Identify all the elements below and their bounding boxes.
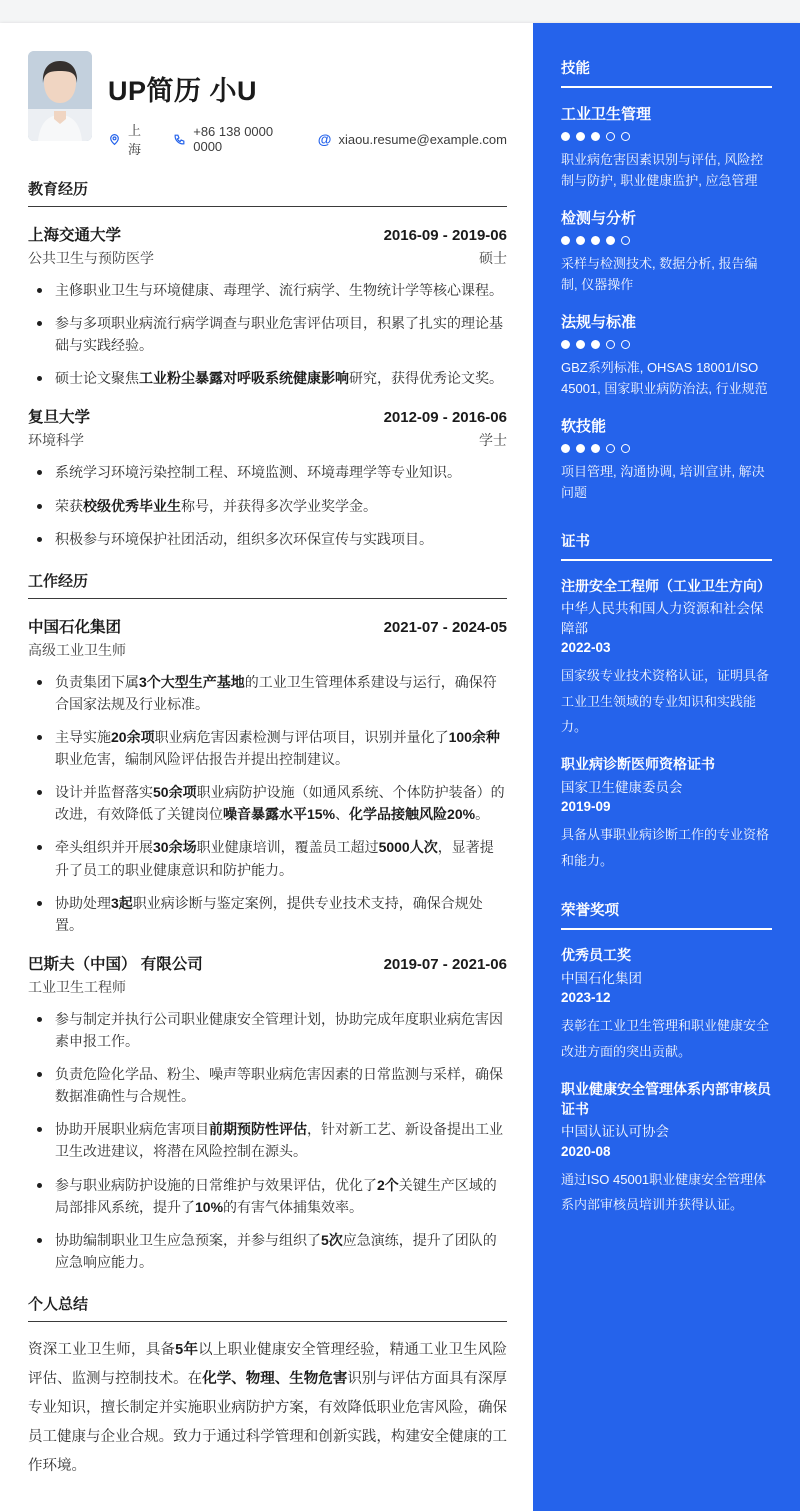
certificate-name: 职业病诊断医师资格证书: [561, 755, 772, 775]
work-item: 中国石化集团 2021-07 - 2024-05 高级工业卫生师 负责集团下属3…: [28, 615, 507, 936]
skill-name: 检测与分析: [561, 207, 772, 228]
work-date: 2019-07 - 2021-06: [384, 956, 507, 973]
skill-name: 工业卫生管理: [561, 103, 772, 124]
skill-description: 职业病危害因素识别与评估, 风险控制与防护, 职业健康监护, 应急管理: [561, 149, 772, 192]
identity-block: UP简历 小U 上海 +86 138 0000 0000 @ xi: [108, 51, 507, 158]
school-name: 复旦大学: [28, 405, 90, 427]
bullet-item: 荣获校级优秀毕业生称号，并获得多次学业奖学金。: [28, 495, 507, 517]
bullet-item: 积极参与环境保护社团活动，组织多次环保宣传与实践项目。: [28, 528, 507, 550]
major: 环境科学: [28, 430, 84, 450]
company-name: 中国石化集团: [28, 615, 121, 637]
degree: 学士: [479, 430, 507, 450]
certificate-name: 注册安全工程师（工业卫生方向）: [561, 577, 772, 597]
email-at-icon: @: [318, 132, 332, 146]
rating-dot-empty: [621, 340, 630, 349]
bullet-item: 硕士论文聚焦工业粉尘暴露对呼吸系统健康影响研究，获得优秀论文奖。: [28, 367, 507, 389]
skill-description: GBZ系列标准, OHSAS 18001/ISO 45001, 国家职业病防治法…: [561, 357, 772, 400]
rating-dot-filled: [591, 132, 600, 141]
phone-text: +86 138 0000 0000: [193, 124, 296, 154]
certificate-item: 注册安全工程师（工业卫生方向） 中华人民共和国人力资源和社会保障部 2022-0…: [561, 577, 772, 740]
certificate-date: 2019-09: [561, 799, 772, 814]
summary-section-title: 个人总结: [28, 1293, 507, 1322]
bullet-item: 主修职业卫生与环境健康、毒理学、流行病学、生物统计学等核心课程。: [28, 279, 507, 301]
rating-dot-filled: [576, 132, 585, 141]
bullet-item: 参与多项职业病流行病学调查与职业危害评估项目，积累了扎实的理论基础与实践经验。: [28, 312, 507, 356]
resume-page: UP简历 小U 上海 +86 138 0000 0000 @ xi: [0, 23, 800, 1511]
rating-dot-empty: [621, 236, 630, 245]
certificate-date: 2022-03: [561, 640, 772, 655]
sidebar: 技能 工业卫生管理 职业病危害因素识别与评估, 风险控制与防护, 职业健康监护,…: [533, 23, 800, 1511]
education-bullets: 系统学习环境污染控制工程、环境监测、环境毒理学等专业知识。 荣获校级优秀毕业生称…: [28, 461, 507, 549]
profile-photo: [28, 51, 92, 141]
honor-issuer: 中国认证认可协会: [561, 1122, 772, 1142]
certificate-description: 国家级专业技术资格认证，证明具备工业卫生领域的专业知识和实践能力。: [561, 663, 772, 739]
rating-dot-filled: [606, 236, 615, 245]
honors-section: 荣誉奖项 优秀员工奖 中国石化集团 2023-12 表彰在工业卫生管理和职业健康…: [561, 899, 772, 1217]
rating-dot-empty: [606, 340, 615, 349]
avatar-illustration: [28, 51, 92, 141]
work-bullets: 负责集团下属3个大型生产基地的工业卫生管理体系建设与运行，确保符合国家法规及行业…: [28, 671, 507, 936]
bullet-item: 负责集团下属3个大型生产基地的工业卫生管理体系建设与运行，确保符合国家法规及行业…: [28, 671, 507, 715]
phone-icon: [173, 133, 186, 146]
skill-item: 法规与标准 GBZ系列标准, OHSAS 18001/ISO 45001, 国家…: [561, 311, 772, 400]
honor-item: 职业健康安全管理体系内部审核员证书 中国认证认可协会 2020-08 通过ISO…: [561, 1080, 772, 1217]
bullet-item: 负责危险化学品、粉尘、噪声等职业病危害因素的日常监测与采样，确保数据准确性与合规…: [28, 1063, 507, 1107]
summary-paragraph: 资深工业卫生师，具备5年以上职业健康安全管理经验，精通工业卫生风险评估、监测与控…: [28, 1336, 507, 1481]
bullet-item: 参与职业病防护设施的日常维护与效果评估，优化了2个关键生产区域的局部排风系统，提…: [28, 1174, 507, 1218]
education-date: 2016-09 - 2019-06: [384, 227, 507, 244]
summary-section: 个人总结 资深工业卫生师，具备5年以上职业健康安全管理经验，精通工业卫生风险评估…: [28, 1293, 507, 1481]
rating-dot-filled: [561, 132, 570, 141]
rating-dot-filled: [561, 444, 570, 453]
rating-dot-filled: [561, 236, 570, 245]
education-item: 上海交通大学 2016-09 - 2019-06 公共卫生与预防医学 硕士 主修…: [28, 223, 507, 389]
bullet-item: 系统学习环境污染控制工程、环境监测、环境毒理学等专业知识。: [28, 461, 507, 483]
email-text: xiaou.resume@example.com: [338, 132, 507, 147]
job-title: 高级工业卫生师: [28, 640, 126, 660]
skills-section: 技能 工业卫生管理 职业病危害因素识别与评估, 风险控制与防护, 职业健康监护,…: [561, 57, 772, 504]
education-date: 2012-09 - 2016-06: [384, 409, 507, 426]
skill-rating-dots: [561, 132, 772, 141]
candidate-name: UP简历 小U: [108, 69, 507, 108]
education-section-title: 教育经历: [28, 178, 507, 207]
skills-section-title: 技能: [561, 57, 772, 88]
rating-dot-filled: [591, 340, 600, 349]
certificate-issuer: 中华人民共和国人力资源和社会保障部: [561, 599, 772, 638]
skill-description: 项目管理, 沟通协调, 培训宣讲, 解决问题: [561, 461, 772, 504]
school-name: 上海交通大学: [28, 223, 121, 245]
skill-rating-dots: [561, 236, 772, 245]
certificate-issuer: 国家卫生健康委员会: [561, 778, 772, 798]
rating-dot-filled: [576, 444, 585, 453]
rating-dot-filled: [576, 236, 585, 245]
work-bullets: 参与制定并执行公司职业健康安全管理计划，协助完成年度职业病危害因素申报工作。 负…: [28, 1008, 507, 1273]
skill-description: 采样与检测技术, 数据分析, 报告编制, 仪器操作: [561, 253, 772, 296]
certificates-section-title: 证书: [561, 530, 772, 561]
work-section-title: 工作经历: [28, 570, 507, 599]
degree: 硕士: [479, 248, 507, 268]
bullet-item: 参与制定并执行公司职业健康安全管理计划，协助完成年度职业病危害因素申报工作。: [28, 1008, 507, 1052]
skill-name: 软技能: [561, 415, 772, 436]
rating-dot-filled: [591, 236, 600, 245]
education-section: 教育经历 上海交通大学 2016-09 - 2019-06 公共卫生与预防医学 …: [28, 178, 507, 550]
major: 公共卫生与预防医学: [28, 248, 154, 268]
location-text: 上海: [128, 120, 152, 158]
bullet-item: 协助编制职业卫生应急预案，并参与组织了5次应急演练，提升了团队的应急响应能力。: [28, 1229, 507, 1273]
skill-rating-dots: [561, 340, 772, 349]
honor-date: 2023-12: [561, 990, 772, 1005]
rating-dot-filled: [591, 444, 600, 453]
work-date: 2021-07 - 2024-05: [384, 619, 507, 636]
job-title: 工业卫生工程师: [28, 977, 126, 997]
skill-item: 软技能 项目管理, 沟通协调, 培训宣讲, 解决问题: [561, 415, 772, 504]
skill-item: 工业卫生管理 职业病危害因素识别与评估, 风险控制与防护, 职业健康监护, 应急…: [561, 103, 772, 192]
certificate-description: 具备从事职业病诊断工作的专业资格和能力。: [561, 822, 772, 873]
honor-description: 表彰在工业卫生管理和职业健康安全改进方面的突出贡献。: [561, 1013, 772, 1064]
work-section: 工作经历 中国石化集团 2021-07 - 2024-05 高级工业卫生师 负责…: [28, 570, 507, 1273]
bullet-item: 协助开展职业病危害项目前期预防性评估，针对新工艺、新设备提出工业卫生改进建议，将…: [28, 1118, 507, 1162]
main-column: UP简历 小U 上海 +86 138 0000 0000 @ xi: [0, 23, 533, 1511]
rating-dot-empty: [621, 444, 630, 453]
honor-name: 职业健康安全管理体系内部审核员证书: [561, 1080, 772, 1119]
work-item: 巴斯夫（中国） 有限公司 2019-07 - 2021-06 工业卫生工程师 参…: [28, 952, 507, 1273]
honor-date: 2020-08: [561, 1144, 772, 1159]
education-item: 复旦大学 2012-09 - 2016-06 环境科学 学士 系统学习环境污染控…: [28, 405, 507, 549]
skill-item: 检测与分析 采样与检测技术, 数据分析, 报告编制, 仪器操作: [561, 207, 772, 296]
honors-section-title: 荣誉奖项: [561, 899, 772, 930]
honor-description: 通过ISO 45001职业健康安全管理体系内部审核员培训并获得认证。: [561, 1167, 772, 1218]
rating-dot-empty: [606, 132, 615, 141]
resume-header: UP简历 小U 上海 +86 138 0000 0000 @ xi: [28, 51, 507, 158]
rating-dot-filled: [561, 340, 570, 349]
rating-dot-empty: [621, 132, 630, 141]
honor-issuer: 中国石化集团: [561, 969, 772, 989]
bullet-item: 牵头组织并开展30余场职业健康培训，覆盖员工超过5000人次，显著提升了员工的职…: [28, 836, 507, 880]
skill-name: 法规与标准: [561, 311, 772, 332]
education-bullets: 主修职业卫生与环境健康、毒理学、流行病学、生物统计学等核心课程。 参与多项职业病…: [28, 279, 507, 389]
honor-name: 优秀员工奖: [561, 946, 772, 966]
certificates-section: 证书 注册安全工程师（工业卫生方向） 中华人民共和国人力资源和社会保障部 202…: [561, 530, 772, 874]
contact-row: 上海 +86 138 0000 0000 @ xiaou.resume@exam…: [108, 120, 507, 158]
bullet-item: 协助处理3起职业病诊断与鉴定案例，提供专业技术支持，确保合规处置。: [28, 892, 507, 936]
bullet-item: 设计并监督落实50余项职业病防护设施（如通风系统、个体防护装备）的改进，有效降低…: [28, 781, 507, 825]
rating-dot-filled: [576, 340, 585, 349]
location-pin-icon: [108, 133, 121, 146]
company-name: 巴斯夫（中国） 有限公司: [28, 952, 203, 974]
honor-item: 优秀员工奖 中国石化集团 2023-12 表彰在工业卫生管理和职业健康安全改进方…: [561, 946, 772, 1064]
skill-rating-dots: [561, 444, 772, 453]
bullet-item: 主导实施20余项职业病危害因素检测与评估项目，识别并量化了100余种职业危害，编…: [28, 726, 507, 770]
certificate-item: 职业病诊断医师资格证书 国家卫生健康委员会 2019-09 具备从事职业病诊断工…: [561, 755, 772, 873]
rating-dot-empty: [606, 444, 615, 453]
canvas: UP简历 小U 上海 +86 138 0000 0000 @ xi: [0, 0, 800, 1511]
